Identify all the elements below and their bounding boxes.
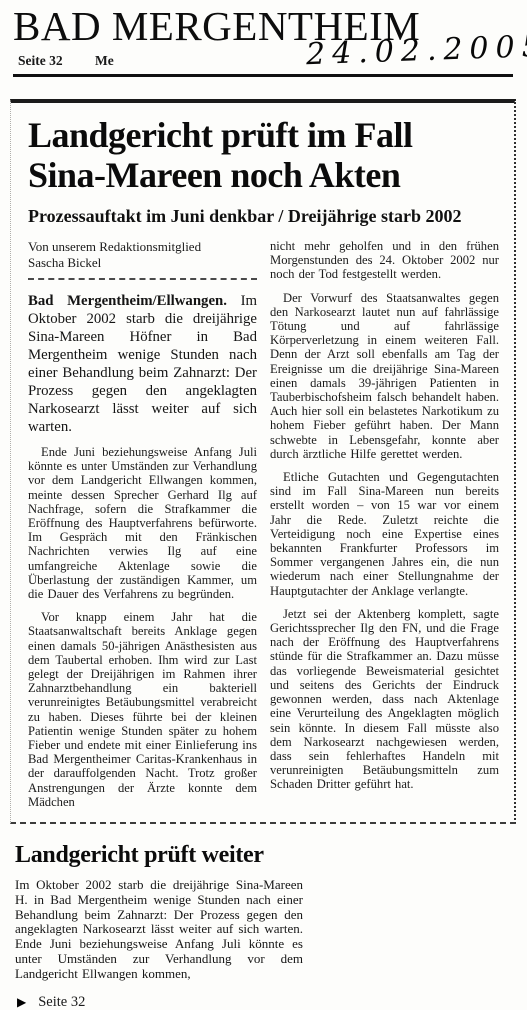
arrow-right-icon: ▶	[17, 996, 26, 1008]
header-rule	[13, 74, 513, 77]
page-reference: ▶ Seite 32	[15, 994, 303, 1010]
body-paragraph: Ende Juni beziehungsweise Anfang Juli kö…	[28, 445, 257, 601]
body-paragraph: Der Vorwurf des Staatsanwaltes gegen den…	[270, 291, 499, 461]
edition-mark: Me	[95, 53, 114, 69]
body-paragraph: nicht mehr geholfen und in den frühen Mo…	[270, 239, 499, 282]
headline-line-1: Landgericht prüft im Fall	[28, 115, 412, 155]
byline-role: Von unserem Redaktionsmitglied	[28, 239, 201, 254]
column-right: nicht mehr geholfen und in den frühen Mo…	[270, 239, 499, 818]
lead-location: Bad Mergentheim/Ellwangen.	[28, 293, 227, 309]
lead-paragraph: Bad Mergentheim/Ellwangen. Im Oktober 20…	[28, 292, 257, 436]
newspaper-page: BAD MERGENTHEIM Seite 32 Me 24.02.2005 L…	[0, 0, 527, 1010]
page-header: BAD MERGENTHEIM Seite 32 Me 24.02.2005	[0, 4, 527, 77]
body-paragraph: Jetzt sei der Aktenberg komplett, sagte …	[270, 607, 499, 792]
main-article-clipping: Landgericht prüft im Fall Sina-Mareen no…	[10, 99, 516, 824]
handwritten-date: 24.02.2005	[305, 29, 527, 72]
column-left: Von unserem Redaktionsmitglied Sascha Bi…	[28, 239, 257, 818]
byline: Von unserem Redaktionsmitglied Sascha Bi…	[28, 239, 257, 271]
body-paragraph: Etliche Gutachten und Gegengutachten sin…	[270, 470, 499, 598]
page-ref-label: Seite 32	[38, 994, 85, 1010]
teaser-headline: Landgericht prüft weiter	[15, 842, 303, 869]
teaser-body: Im Oktober 2002 starb die dreijährige Si…	[15, 878, 303, 982]
header-meta-row: Seite 32 Me 24.02.2005	[13, 49, 514, 74]
page-number-label: Seite 32	[18, 53, 63, 69]
byline-divider	[28, 278, 257, 280]
teaser-article: Landgericht prüft weiter Im Oktober 2002…	[15, 842, 303, 1010]
lead-text: Im Oktober 2002 starb die dreijährige Si…	[28, 293, 257, 435]
article-subheadline: Prozessauftakt im Juni denkbar / Dreijäh…	[28, 205, 499, 227]
article-headline: Landgericht prüft im Fall Sina-Mareen no…	[28, 115, 499, 195]
headline-line-2: Sina-Mareen noch Akten	[28, 155, 400, 195]
body-paragraph: Vor knapp einem Jahr hat die Staatsanwal…	[28, 610, 257, 809]
byline-author: Sascha Bickel	[28, 255, 101, 270]
article-columns: Von unserem Redaktionsmitglied Sascha Bi…	[28, 239, 499, 818]
